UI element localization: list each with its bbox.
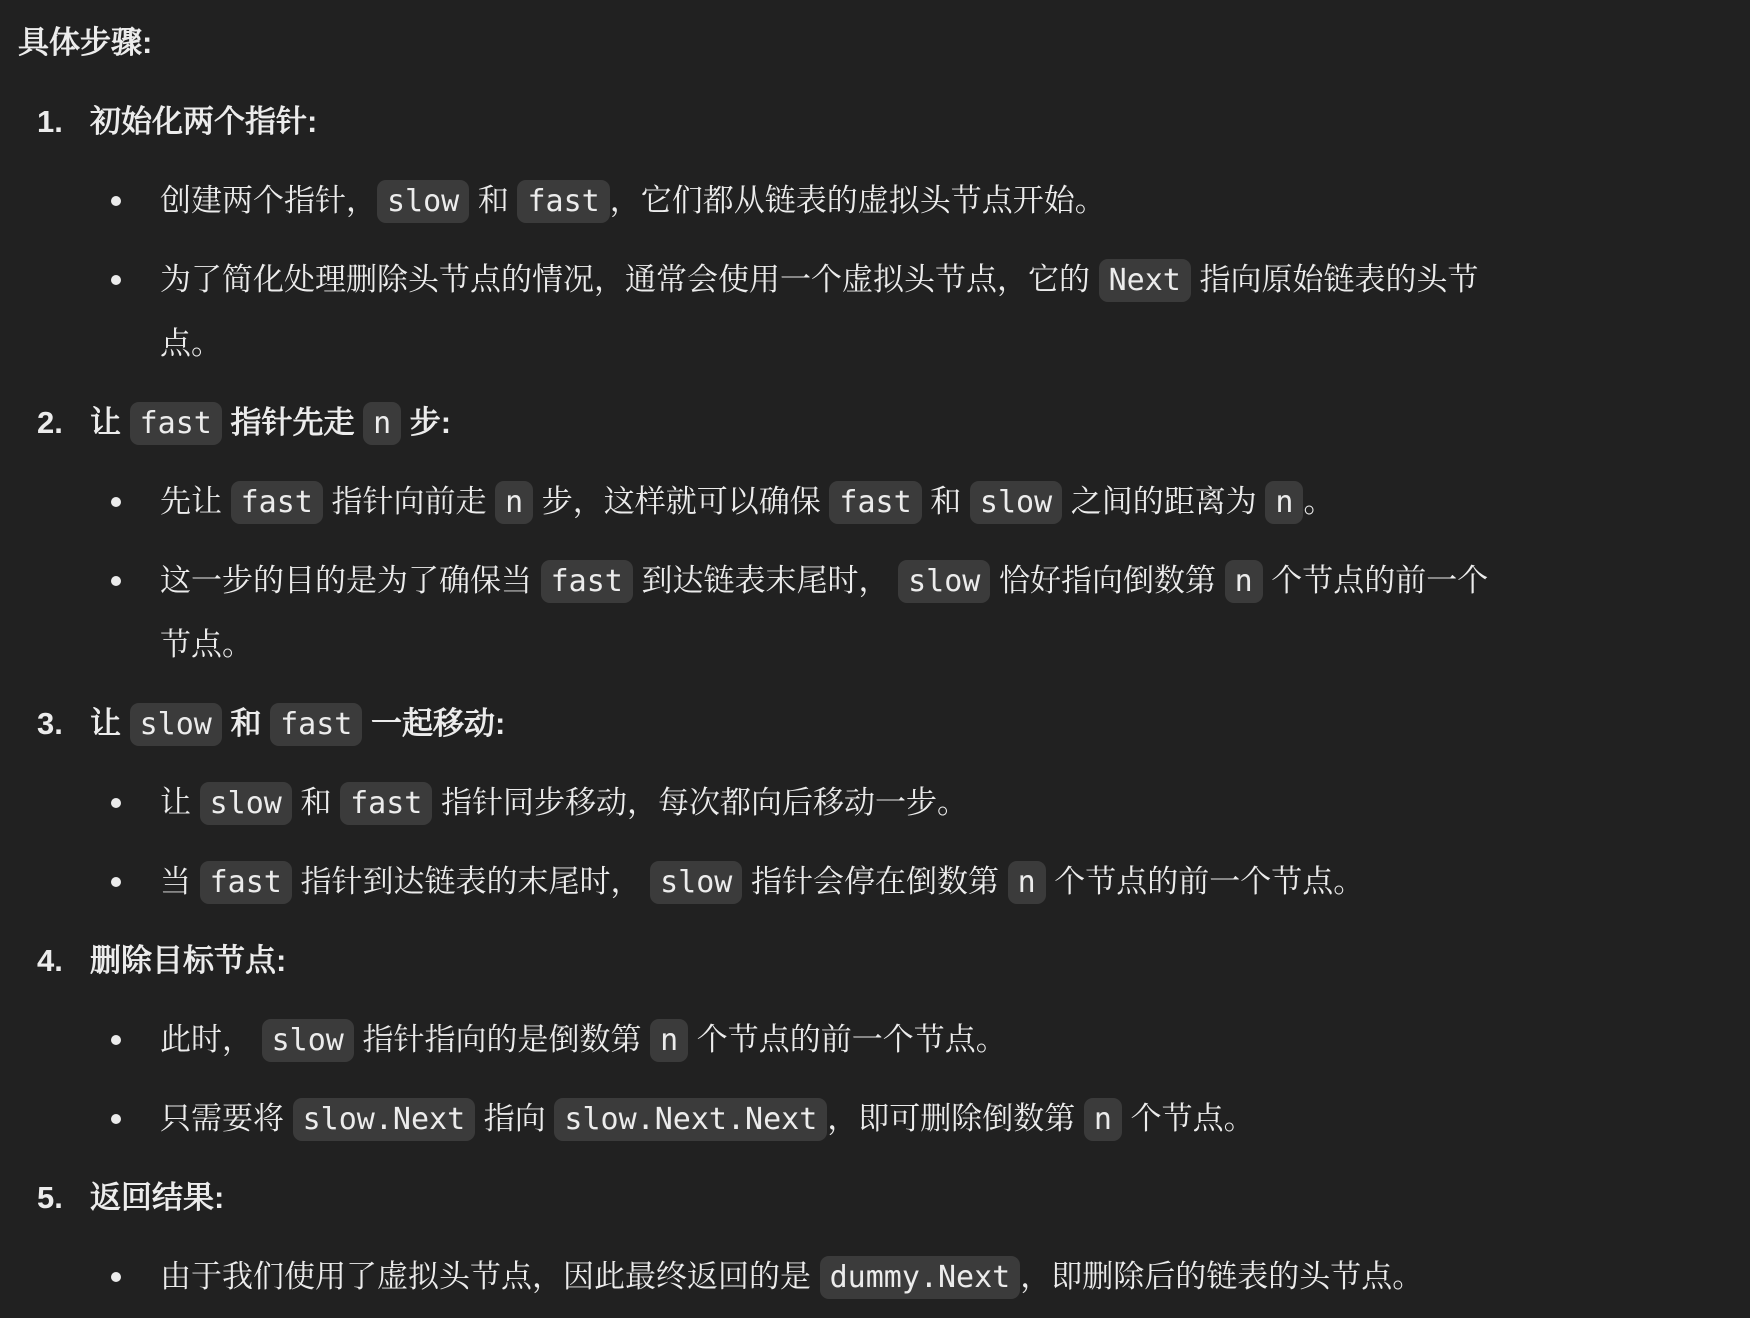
bullet-item: 为了简化处理删除头节点的情况，通常会使用一个虚拟头节点，它的 Next 指向原始… [18,248,1750,376]
inline-code-chip: n [1225,560,1263,603]
inline-code-chip: Next [1099,259,1191,302]
step-heading-row: 4.删除目标节点: [18,929,1750,993]
step-heading: 删除目标节点: [90,929,286,993]
step-number: 3. [37,692,90,756]
inline-code-chip: slow [650,861,742,904]
assistant-message: 具体步骤: 1.初始化两个指针:创建两个指针，slow 和 fast，它们都从链… [0,0,1750,1309]
inline-code-chip: n [1084,1098,1122,1141]
inline-code-chip: slow [377,180,469,223]
inline-code-chip: fast [200,861,292,904]
inline-code-chip: fast [340,782,432,825]
step-heading: 让 fast 指针先走 n 步: [90,391,451,455]
bullet-item: 先让 fast 指针向前走 n 步，这样就可以确保 fast 和 slow 之间… [18,470,1750,534]
bullet-dot-icon [111,275,121,285]
bullet-dot-icon [111,1035,121,1045]
bullet-text: 这一步的目的是为了确保当 fast 到达链表末尾时， slow 恰好指向倒数第 … [160,549,1505,677]
bullet-list: 让 slow 和 fast 指针同步移动，每次都向后移动一步。当 fast 指针… [18,771,1750,914]
bullet-list: 由于我们使用了虚拟头节点，因此最终返回的是 dummy.Next，即删除后的链表… [18,1245,1750,1309]
steps-list: 1.初始化两个指针:创建两个指针，slow 和 fast，它们都从链表的虚拟头节… [18,90,1750,1309]
inline-code-chip: n [1265,481,1303,524]
step-heading: 让 slow 和 fast 一起移动: [90,692,505,756]
step-heading-row: 2.让 fast 指针先走 n 步: [18,391,1750,455]
inline-code-chip: dummy.Next [820,1256,1021,1299]
inline-code-chip: fast [517,180,609,223]
inline-code-chip: n [363,402,401,445]
bullet-text: 先让 fast 指针向前走 n 步，这样就可以确保 fast 和 slow 之间… [160,470,1334,534]
step-heading-row: 3.让 slow 和 fast 一起移动: [18,692,1750,756]
inline-code-chip: slow.Next [293,1098,476,1141]
bullet-item: 创建两个指针，slow 和 fast，它们都从链表的虚拟头节点开始。 [18,169,1750,233]
step-item: 5.返回结果:由于我们使用了虚拟头节点，因此最终返回的是 dummy.Next，… [18,1166,1750,1309]
step-heading: 返回结果: [90,1166,224,1230]
bullet-item: 让 slow 和 fast 指针同步移动，每次都向后移动一步。 [18,771,1750,835]
inline-code-chip: slow [970,481,1062,524]
bullet-text: 此时， slow 指针指向的是倒数第 n 个节点的前一个节点。 [160,1008,1007,1072]
step-heading-row: 1.初始化两个指针: [18,90,1750,154]
bullet-dot-icon [111,877,121,887]
bullet-item: 由于我们使用了虚拟头节点，因此最终返回的是 dummy.Next，即删除后的链表… [18,1245,1750,1309]
bullet-item: 此时， slow 指针指向的是倒数第 n 个节点的前一个节点。 [18,1008,1750,1072]
bullet-text: 让 slow 和 fast 指针同步移动，每次都向后移动一步。 [160,771,968,835]
bullet-dot-icon [111,798,121,808]
bullet-text: 为了简化处理删除头节点的情况，通常会使用一个虚拟头节点，它的 Next 指向原始… [160,248,1505,376]
step-item: 3.让 slow 和 fast 一起移动:让 slow 和 fast 指针同步移… [18,692,1750,914]
inline-code-chip: slow [200,782,292,825]
bullet-list: 创建两个指针，slow 和 fast，它们都从链表的虚拟头节点开始。为了简化处理… [18,169,1750,376]
step-item: 2.让 fast 指针先走 n 步:先让 fast 指针向前走 n 步，这样就可… [18,391,1750,677]
bullet-list: 此时， slow 指针指向的是倒数第 n 个节点的前一个节点。只需要将 slow… [18,1008,1750,1151]
page-title: 具体步骤: [18,11,1750,75]
bullet-text: 只需要将 slow.Next 指向 slow.Next.Next，即可删除倒数第… [160,1087,1255,1151]
bullet-dot-icon [111,1114,121,1124]
inline-code-chip: n [495,481,533,524]
inline-code-chip: fast [541,560,633,603]
step-number: 1. [37,90,90,154]
inline-code-chip: slow [898,560,990,603]
step-item: 1.初始化两个指针:创建两个指针，slow 和 fast，它们都从链表的虚拟头节… [18,90,1750,376]
bullet-list: 先让 fast 指针向前走 n 步，这样就可以确保 fast 和 slow 之间… [18,470,1750,677]
inline-code-chip: fast [130,402,222,445]
step-heading-row: 5.返回结果: [18,1166,1750,1230]
bullet-item: 这一步的目的是为了确保当 fast 到达链表末尾时， slow 恰好指向倒数第 … [18,549,1750,677]
bullet-dot-icon [111,1272,121,1282]
bullet-text: 由于我们使用了虚拟头节点，因此最终返回的是 dummy.Next，即删除后的链表… [160,1245,1423,1309]
inline-code-chip: slow [130,703,222,746]
bullet-item: 当 fast 指针到达链表的末尾时， slow 指针会停在倒数第 n 个节点的前… [18,850,1750,914]
inline-code-chip: n [1008,861,1046,904]
step-item: 4.删除目标节点:此时， slow 指针指向的是倒数第 n 个节点的前一个节点。… [18,929,1750,1151]
inline-code-chip: fast [829,481,921,524]
bullet-dot-icon [111,576,121,586]
bullet-dot-icon [111,497,121,507]
inline-code-chip: slow [262,1019,354,1062]
inline-code-chip: slow.Next.Next [554,1098,827,1141]
step-heading: 初始化两个指针: [90,90,317,154]
inline-code-chip: fast [270,703,362,746]
step-number: 2. [37,391,90,455]
bullet-item: 只需要将 slow.Next 指向 slow.Next.Next，即可删除倒数第… [18,1087,1750,1151]
bullet-dot-icon [111,196,121,206]
bullet-text: 创建两个指针，slow 和 fast，它们都从链表的虚拟头节点开始。 [160,169,1106,233]
bullet-text: 当 fast 指针到达链表的末尾时， slow 指针会停在倒数第 n 个节点的前… [160,850,1364,914]
inline-code-chip: fast [231,481,323,524]
inline-code-chip: n [650,1019,688,1062]
step-number: 5. [37,1166,90,1230]
step-number: 4. [37,929,90,993]
